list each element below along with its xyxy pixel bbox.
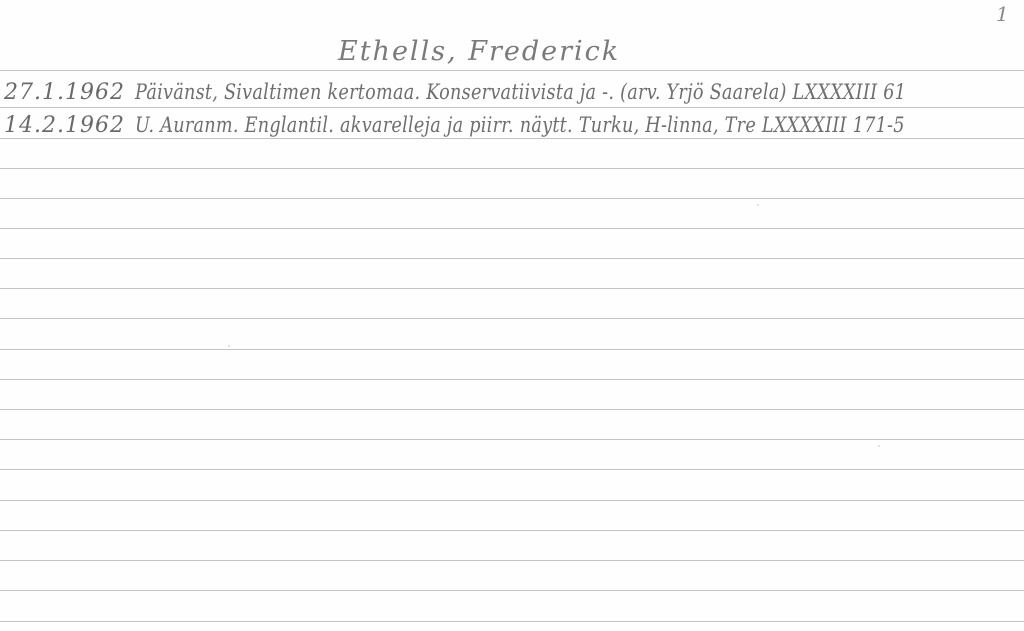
card-entry: 14.2.1962 U. Auranm. Englantil. akvarell… <box>4 113 1024 147</box>
ruled-line <box>0 500 1024 501</box>
paper-speck <box>757 204 759 206</box>
entry-text: Päivänst, Sivaltimen kertomaa. Konservat… <box>135 80 906 104</box>
card-entry: 27.1.1962 Päivänst, Sivaltimen kertomaa.… <box>4 80 1024 114</box>
ruled-line <box>0 70 1024 71</box>
ruled-line <box>0 439 1024 440</box>
ruled-line <box>0 621 1024 622</box>
ruled-line <box>0 288 1024 289</box>
ruled-line <box>0 530 1024 531</box>
ruled-line <box>0 168 1024 169</box>
ruled-line <box>0 409 1024 410</box>
ruled-line <box>0 318 1024 319</box>
ruled-line <box>0 258 1024 259</box>
paper-speck <box>878 445 880 447</box>
entry-date: 27.1.1962 <box>4 80 125 105</box>
ruled-line <box>0 349 1024 350</box>
card-heading: Ethells, Frederick <box>338 36 620 67</box>
ruled-line <box>0 469 1024 470</box>
entry-date: 14.2.1962 <box>4 113 125 138</box>
ruled-line <box>0 228 1024 229</box>
card-number: 1 <box>996 2 1009 26</box>
index-card: 1 Ethells, Frederick 27.1.1962 Päivänst,… <box>0 0 1024 631</box>
ruled-line <box>0 590 1024 591</box>
ruled-line <box>0 560 1024 561</box>
entry-text: U. Auranm. Englantil. akvarelleja ja pii… <box>135 113 905 137</box>
paper-speck <box>228 345 230 347</box>
ruled-line <box>0 198 1024 199</box>
ruled-line <box>0 379 1024 380</box>
